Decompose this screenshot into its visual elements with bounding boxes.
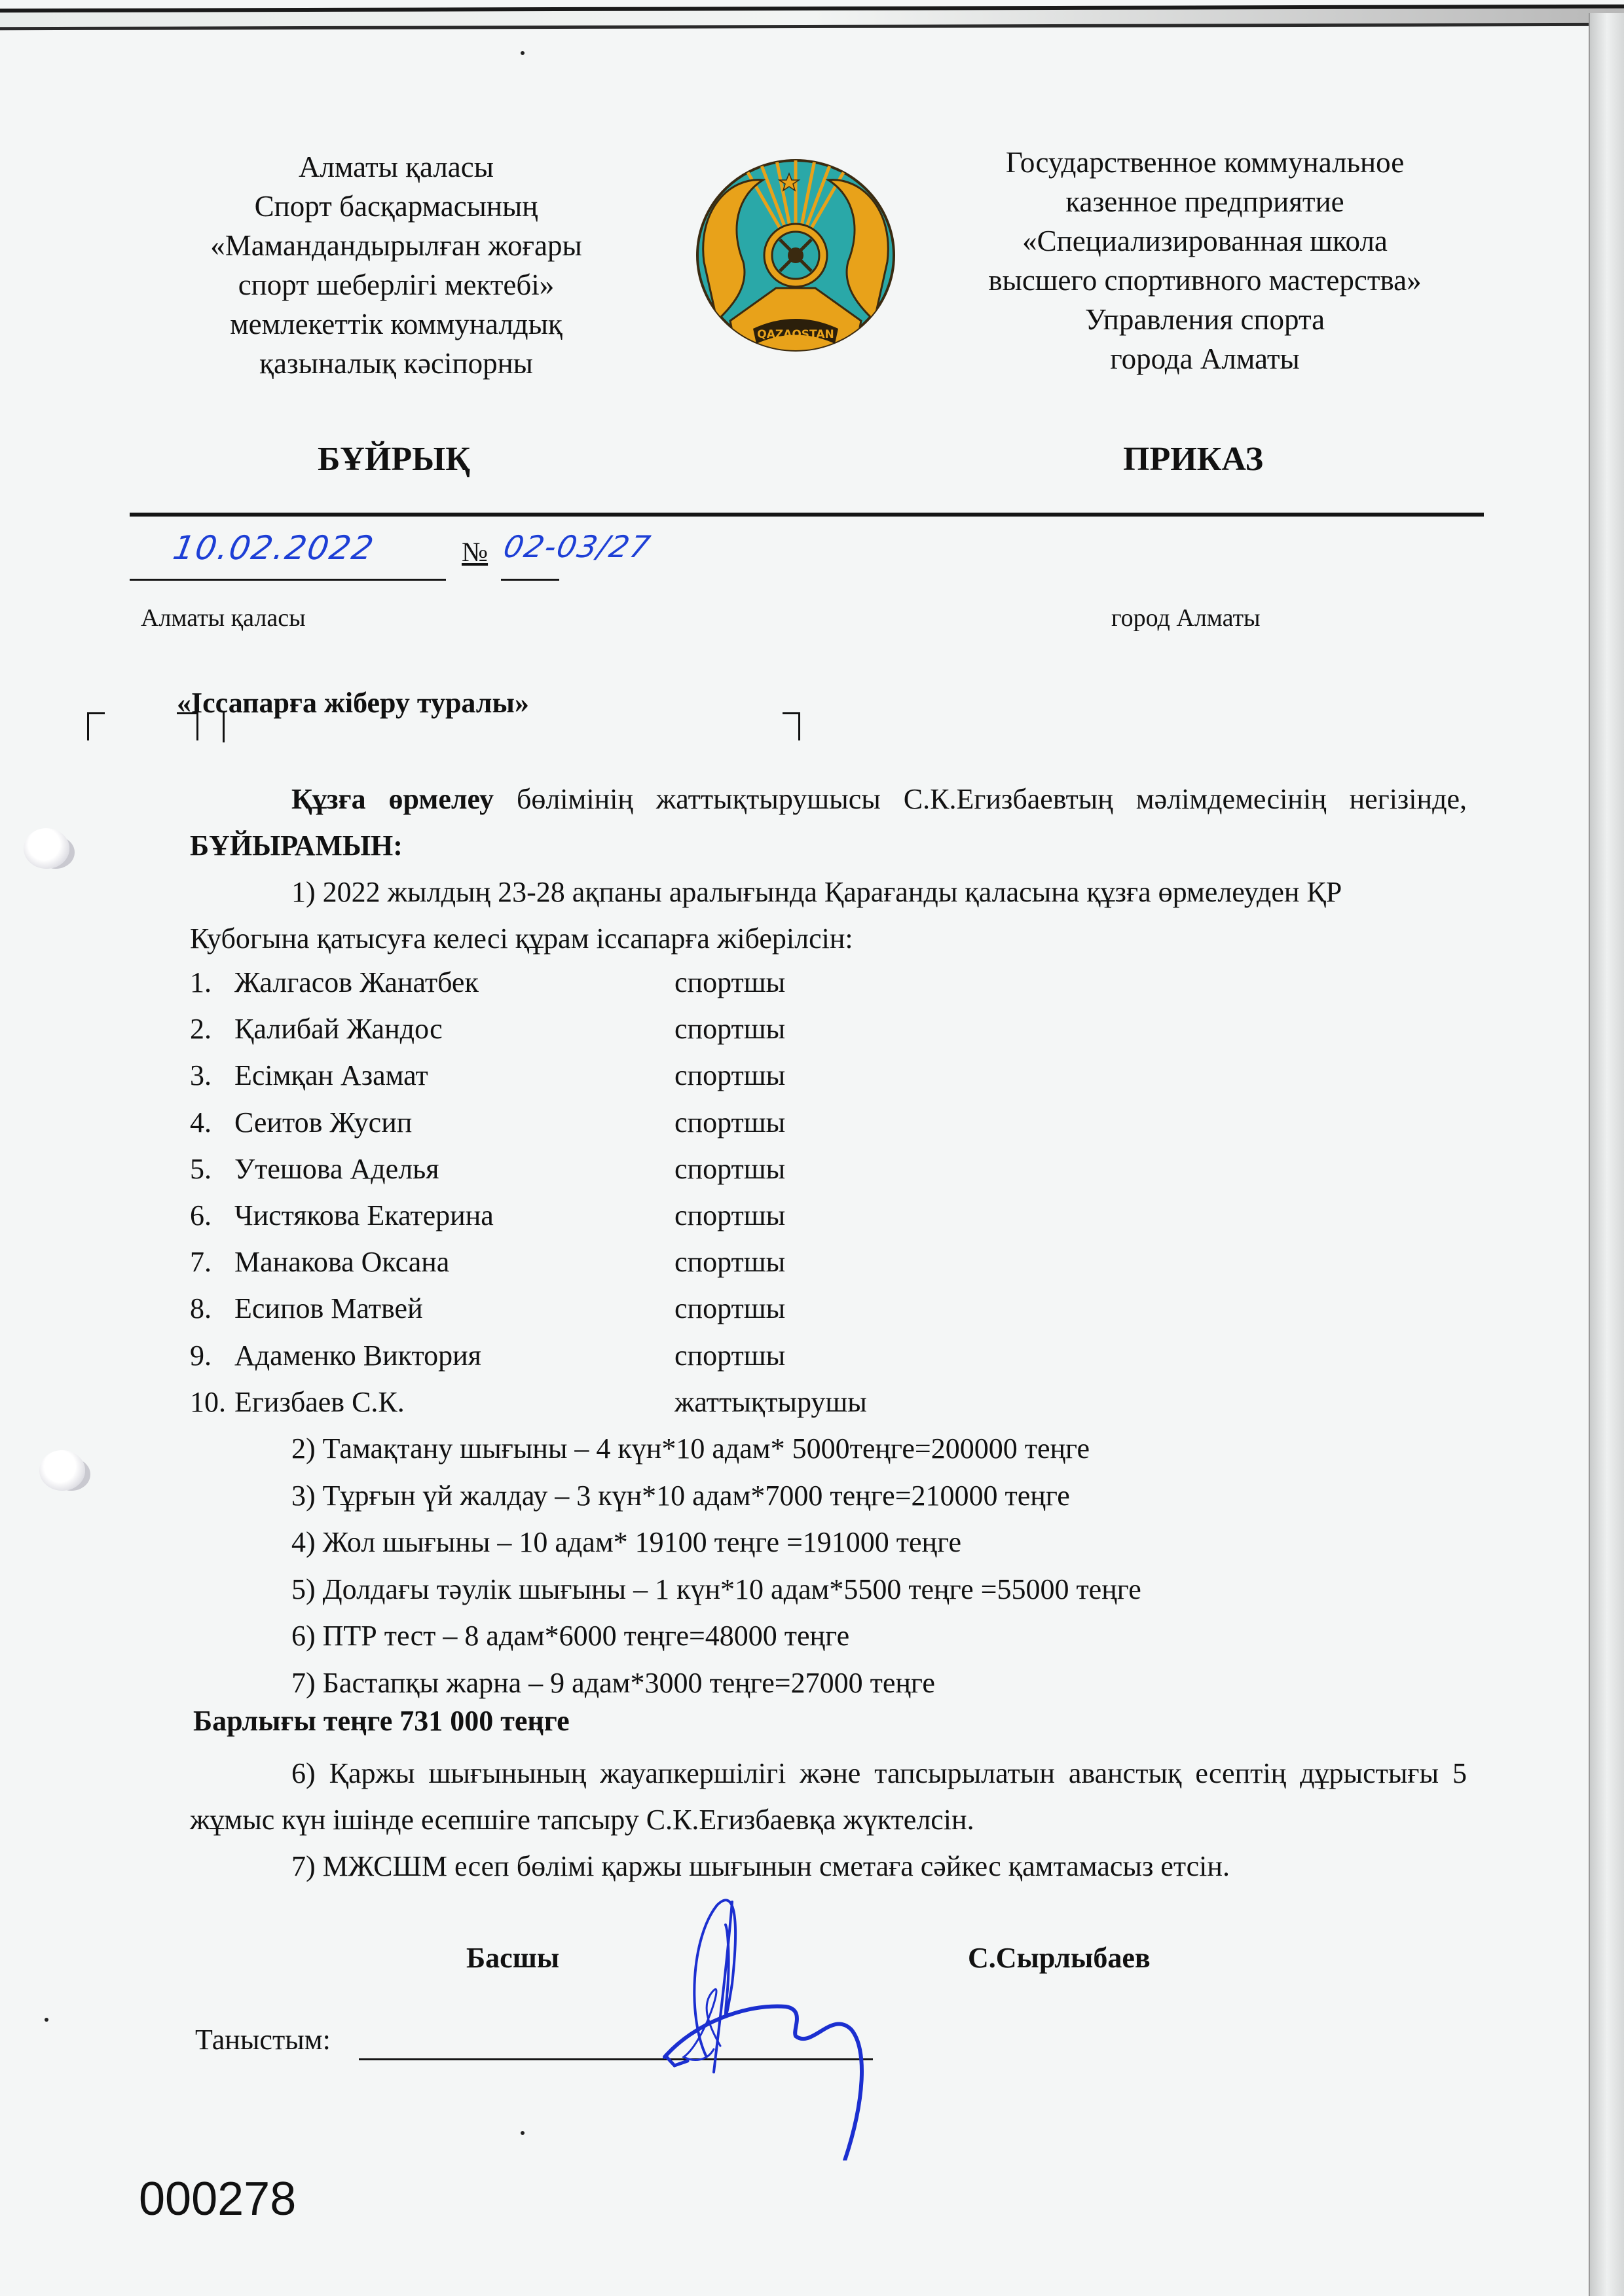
participant-name: Есімқан Азамат	[234, 1052, 674, 1099]
participant-number: 5.	[190, 1146, 234, 1192]
participant-role: спортшы	[674, 1239, 785, 1285]
participant-number: 2.	[190, 1006, 234, 1052]
date-underline	[130, 579, 446, 581]
kazakhstan-emblem-icon: QAZAQSTAN	[691, 157, 900, 363]
scan-speck	[521, 2131, 525, 2135]
header-ru-line: Управления спорта	[923, 300, 1486, 339]
participant-row: 7.Манакова Оксанаспортшы	[190, 1239, 867, 1285]
participant-row: 10.Егизбаев С.К.жаттықтырушы	[190, 1379, 867, 1425]
signatory-name: С.Сырлыбаев	[968, 1941, 1151, 1975]
punch-hole	[24, 828, 69, 869]
acknowledgement-label: Таныстым:	[195, 2023, 331, 2056]
intro-command: БҰЙЫРАМЫН:	[190, 829, 403, 862]
participant-name: Манакова Оксана	[234, 1239, 674, 1285]
header-kz-line: Спорт басқармасының	[157, 187, 635, 226]
item-1-paragraph: 1) 2022 жылдың 23-28 ақпаны аралығында Қ…	[190, 869, 1467, 962]
costs-list: 2) Тамақтану шығыны – 4 күн*10 адам* 500…	[291, 1425, 1141, 1706]
participant-row: 6.Чистякова Екатеринаспортшы	[190, 1192, 867, 1239]
participant-role: спортшы	[674, 1006, 785, 1052]
header-kz-line: «Мамандандырылған жоғары	[157, 226, 635, 265]
participant-row: 4.Сеитов Жусипспортшы	[190, 1099, 867, 1146]
participant-name: Сеитов Жусип	[234, 1099, 674, 1146]
participant-number: 3.	[190, 1052, 234, 1099]
cost-line: 5) Долдағы тәулік шығыны – 1 күн*10 адам…	[291, 1566, 1141, 1613]
participant-role: спортшы	[674, 1099, 785, 1146]
header-kz-line: мемлекеттік коммуналдық	[157, 304, 635, 344]
city-ru: город Алматы	[1111, 604, 1261, 632]
intro-department: Құзға өрмелеу	[291, 783, 494, 815]
participant-row: 8.Есипов Матвейспортшы	[190, 1285, 867, 1332]
cost-line: 7) Бастапқы жарна – 9 адам*3000 теңге=27…	[291, 1660, 1141, 1707]
scan-speck	[45, 2018, 48, 2022]
document-title-kz: БҰЙРЫҚ	[318, 440, 470, 479]
corner-mark	[783, 712, 800, 740]
header-kz-line: қазыналық кәсіпорны	[157, 344, 635, 383]
corner-mark	[87, 712, 105, 740]
item-7-paragraph: 7) МЖСШМ есеп бөлімі қаржы шығынын смета…	[190, 1843, 1467, 1889]
number-underline	[501, 579, 559, 581]
handwritten-signature-icon	[616, 1886, 1035, 2160]
intro-paragraph: Құзға өрмелеу бөлімінің жаттықтырушысы С…	[190, 776, 1467, 869]
document-serial-number: 000278	[139, 2172, 296, 2226]
participant-role: спортшы	[674, 1052, 785, 1099]
participant-name: Есипов Матвей	[234, 1285, 674, 1332]
cost-line: 6) ПТР тест – 8 адам*6000 теңге=48000 те…	[291, 1613, 1141, 1660]
item-6-paragraph: 6) Қаржы шығынының жауапкершілігі және т…	[190, 1750, 1467, 1843]
city-kz: Алматы қаласы	[141, 604, 306, 632]
participant-name: Адаменко Виктория	[234, 1332, 674, 1379]
cost-line: 2) Тамақтану шығыны – 4 күн*10 адам* 500…	[291, 1425, 1141, 1472]
participant-number: 10.	[190, 1379, 234, 1425]
order-date: 10.02.2022	[170, 529, 378, 567]
scan-speck	[521, 51, 525, 55]
total-amount: Барлығы теңге 731 000 теңге	[193, 1704, 570, 1738]
participant-role: спортшы	[674, 1192, 785, 1239]
emblem-label: QAZAQSTAN	[757, 328, 834, 341]
participant-name: Егизбаев С.К.	[234, 1379, 674, 1425]
document-title-ru: ПРИКАЗ	[1123, 440, 1263, 479]
participant-row: 5.Утешова Адельяспортшы	[190, 1146, 867, 1192]
participant-role: спортшы	[674, 1146, 785, 1192]
participants-list: 1.Жалгасов Жанатбекспортшы2.Қалибай Жанд…	[190, 959, 867, 1425]
participant-number: 1.	[190, 959, 234, 1006]
header-divider	[130, 513, 1484, 517]
header-kz-line: спорт шеберлігі мектебі»	[157, 265, 635, 304]
header-ru-line: Государственное коммунальное	[923, 143, 1486, 182]
participant-name: Чистякова Екатерина	[234, 1192, 674, 1239]
participant-number: 7.	[190, 1239, 234, 1285]
participant-number: 9.	[190, 1332, 234, 1379]
participant-row: 3.Есімқан Азаматспортшы	[190, 1052, 867, 1099]
number-sign: №	[462, 537, 488, 568]
participant-name: Қалибай Жандос	[234, 1006, 674, 1052]
header-kz-organization: Алматы қаласы Спорт басқармасының «Маман…	[157, 147, 635, 383]
participant-row: 1.Жалгасов Жанатбекспортшы	[190, 959, 867, 1006]
participant-number: 4.	[190, 1099, 234, 1146]
header-ru-line: высшего спортивного мастерства»	[923, 261, 1486, 300]
participant-number: 8.	[190, 1285, 234, 1332]
cost-line: 4) Жол шығыны – 10 адам* 19100 теңге =19…	[291, 1519, 1141, 1566]
header-ru-line: казенное предприятие	[923, 182, 1486, 221]
punch-hole	[39, 1450, 85, 1491]
participant-role: спортшы	[674, 1332, 785, 1379]
order-number: 02-03/27	[500, 529, 654, 564]
participant-name: Жалгасов Жанатбек	[234, 959, 674, 1006]
header-ru-organization: Государственное коммунальное казенное пр…	[923, 143, 1486, 378]
intro-text: бөлімінің жаттықтырушысы С.К.Егизбаевтың…	[494, 783, 1467, 815]
order-subject: «Іссапарға жіберу туралы»	[177, 686, 529, 720]
participant-name: Утешова Аделья	[234, 1146, 674, 1192]
scan-edge-right	[1589, 13, 1624, 2296]
participant-number: 6.	[190, 1192, 234, 1239]
document-page: Алматы қаласы Спорт басқармасының «Маман…	[0, 0, 1590, 2296]
participant-row: 9.Адаменко Викторияспортшы	[190, 1332, 867, 1379]
header-kz-line: Алматы қаласы	[157, 147, 635, 187]
signatory-role: Басшы	[466, 1941, 559, 1975]
header-ru-line: «Специализированная школа	[923, 221, 1486, 261]
cost-line: 3) Тұрғын үй жалдау – 3 күн*10 адам*7000…	[291, 1472, 1141, 1520]
header-ru-line: города Алматы	[923, 339, 1486, 378]
participant-role: спортшы	[674, 1285, 785, 1332]
acknowledgement-line	[359, 2058, 873, 2060]
participant-role: спортшы	[674, 959, 785, 1006]
participant-role: жаттықтырушы	[674, 1379, 867, 1425]
participant-row: 2.Қалибай Жандосспортшы	[190, 1006, 867, 1052]
